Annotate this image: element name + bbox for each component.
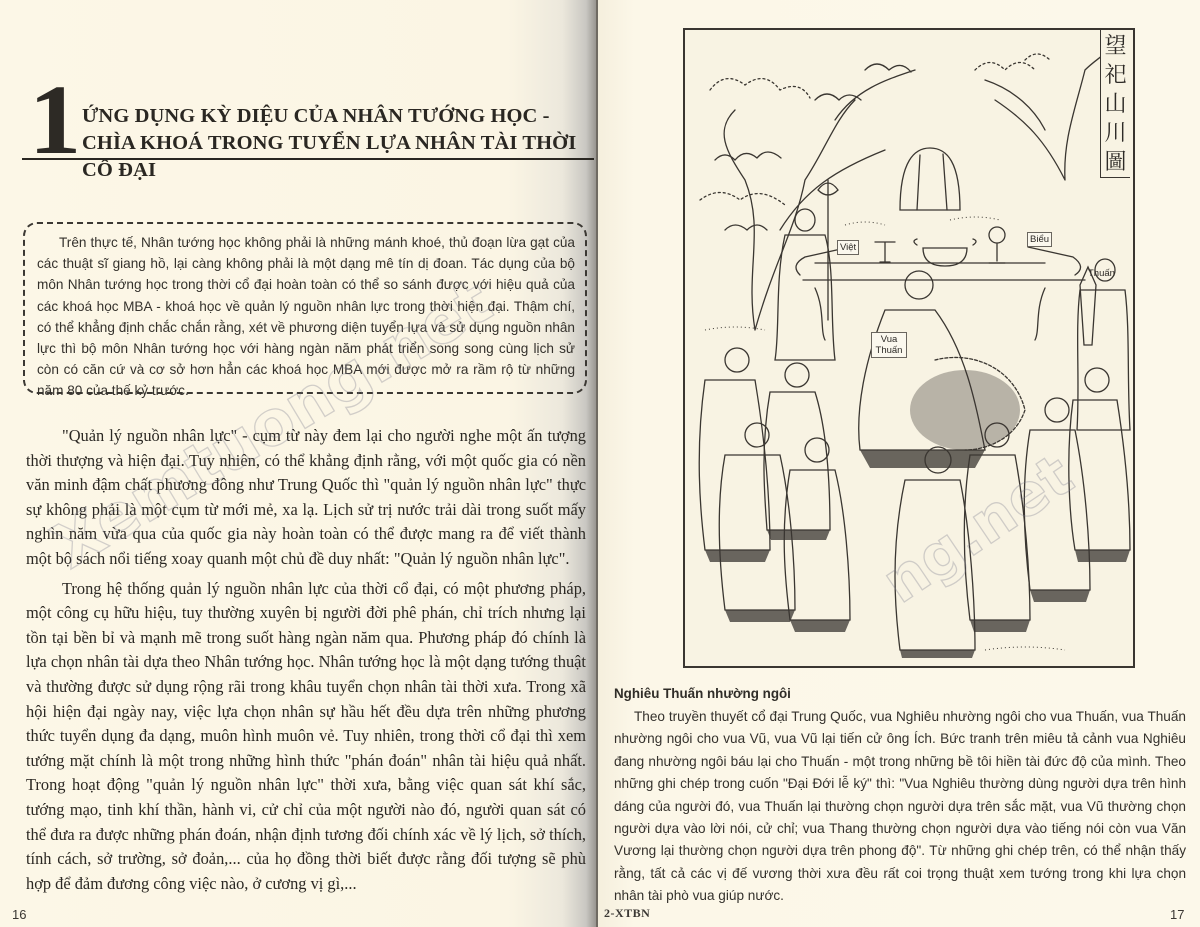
caption-title: Nghiêu Thuấn nhường ngôi bbox=[614, 686, 791, 701]
illustration-title-cjk: 望 祀 山 川 圖 bbox=[1100, 30, 1130, 178]
figure-label-vua-thuan: Vua Thuấn bbox=[871, 332, 907, 358]
chapter-number: 1 bbox=[29, 80, 82, 160]
cjk-char: 祀 bbox=[1101, 61, 1130, 90]
book-spread: 1 ỨNG DỤNG KỲ DIỆU CỦA NHÂN TƯỚNG HỌC - … bbox=[0, 0, 1200, 927]
cjk-char: 川 bbox=[1101, 119, 1130, 148]
cjk-char: 望 bbox=[1101, 32, 1130, 61]
intro-callout-box: Trên thực tế, Nhân tướng học không phải … bbox=[23, 222, 587, 394]
cjk-char: 山 bbox=[1101, 90, 1130, 119]
figure-label-line: Vua bbox=[874, 334, 904, 345]
chapter-title: ỨNG DỤNG KỲ DIỆU CỦA NHÂN TƯỚNG HỌC - CH… bbox=[82, 103, 592, 184]
printer-signature: 2-XTBN bbox=[604, 906, 650, 921]
figure-label-bieu: Biểu bbox=[1027, 232, 1052, 247]
cjk-char: 圖 bbox=[1101, 148, 1130, 177]
left-page: 1 ỨNG DỤNG KỲ DIỆU CỦA NHÂN TƯỚNG HỌC - … bbox=[0, 0, 598, 927]
page-number-right: 17 bbox=[1170, 907, 1184, 922]
figure-label-thuan: Thuấn bbox=[1085, 266, 1118, 281]
body-paragraph: "Quản lý nguồn nhân lực" - cụm từ này đe… bbox=[26, 424, 586, 572]
body-paragraph: Trong hệ thống quản lý nguồn nhân lực củ… bbox=[26, 577, 586, 897]
caption-body: Theo truyền thuyết cổ đại Trung Quốc, vu… bbox=[614, 706, 1186, 908]
intro-callout-text: Trên thực tế, Nhân tướng học không phải … bbox=[37, 232, 575, 402]
body-text: "Quản lý nguồn nhân lực" - cụm từ này đe… bbox=[26, 424, 586, 896]
page-number-left: 16 bbox=[12, 907, 26, 922]
figure-label-line: Thuấn bbox=[874, 345, 904, 356]
chapter-title-underline bbox=[22, 158, 594, 160]
illustration-nghieu-thuan: 望 祀 山 川 圖 Việt Biểu Thuấn Vua Thuấn bbox=[683, 28, 1135, 668]
ink-drawing-icon bbox=[685, 30, 1135, 668]
figure-label-viet: Việt bbox=[837, 240, 859, 255]
